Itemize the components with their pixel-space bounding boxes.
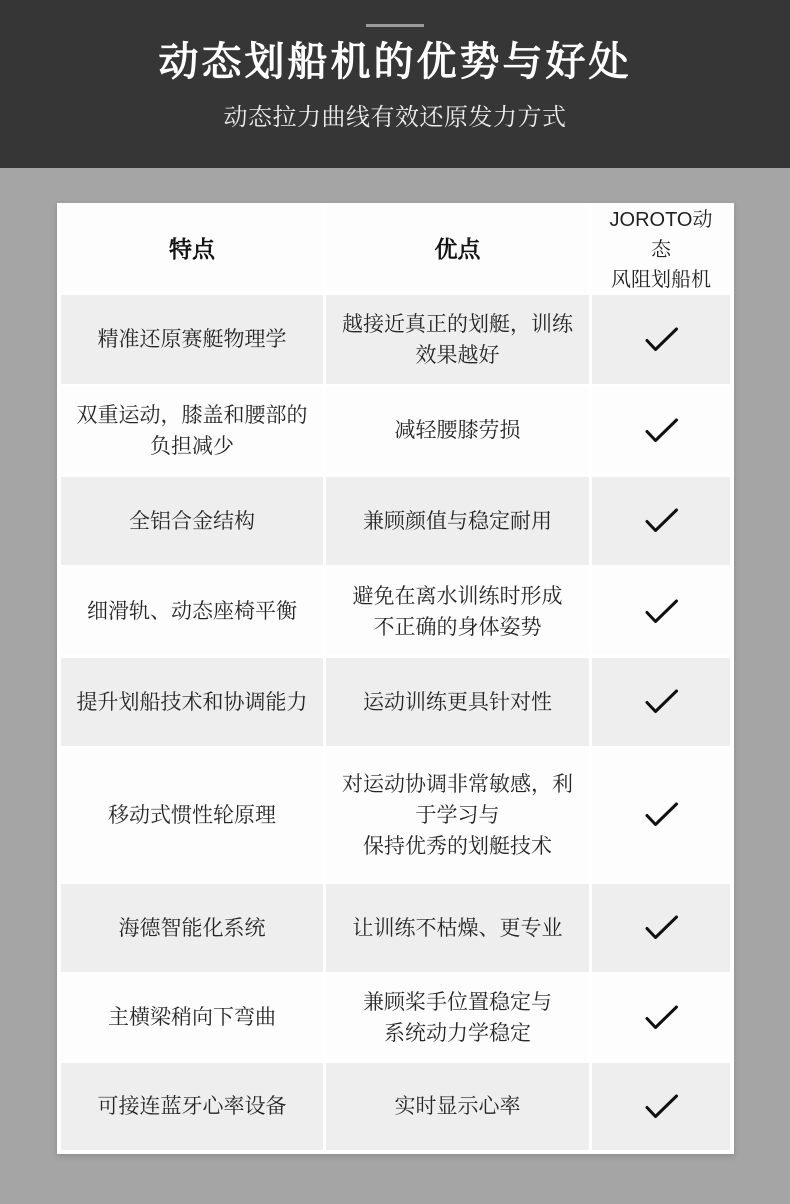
col-header-feature: 特点 (61, 207, 323, 292)
check-cell (592, 658, 730, 746)
check-cell (592, 477, 730, 565)
check-cell (592, 884, 730, 972)
advantage-cell: 兼顾颜值与稳定耐用 (326, 477, 589, 565)
page-subtitle: 动态拉力曲线有效还原发力方式 (224, 97, 567, 132)
feature-cell: 海德智能化系统 (61, 884, 323, 972)
advantage-cell: 避免在离水训练时形成 不正确的身体姿势 (326, 568, 589, 655)
col-header-product: JOROTO动态 风阻划船机 (592, 207, 730, 292)
feature-cell: 全铝合金结构 (61, 477, 323, 565)
check-cell (592, 568, 730, 655)
feature-cell: 细滑轨、动态座椅平衡 (61, 568, 323, 655)
feature-cell: 双重运动，膝盖和腰部的 负担减少 (61, 387, 323, 474)
check-cell (592, 975, 730, 1060)
check-icon (643, 914, 680, 942)
check-icon (643, 417, 680, 445)
decorative-dash (366, 24, 424, 27)
advantage-cell: 减轻腰膝劳损 (326, 387, 589, 474)
advantage-cell: 越接近真正的划艇，训练 效果越好 (326, 295, 589, 384)
check-cell (592, 749, 730, 881)
check-icon (643, 598, 680, 626)
check-cell (592, 295, 730, 384)
feature-cell: 精准还原赛艇物理学 (61, 295, 323, 384)
comparison-table: 特点 优点 JOROTO动态 风阻划船机 精准还原赛艇物理学 越接近真正的划艇，… (57, 203, 734, 1154)
advantage-cell: 兼顾桨手位置稳定与 系统动力学稳定 (326, 975, 589, 1060)
check-cell (592, 387, 730, 474)
check-icon (643, 801, 680, 829)
col-header-advantage: 优点 (326, 207, 589, 292)
page-title: 动态划船机的优势与好处 (159, 40, 632, 84)
page: 动态划船机的优势与好处 动态拉力曲线有效还原发力方式 特点 优点 JOROTO动… (0, 0, 790, 1204)
hero-header: 动态划船机的优势与好处 动态拉力曲线有效还原发力方式 (0, 0, 790, 168)
feature-cell: 主横梁稍向下弯曲 (61, 975, 323, 1060)
check-icon (643, 1004, 680, 1032)
feature-cell: 移动式惯性轮原理 (61, 749, 323, 881)
check-icon (643, 688, 680, 716)
advantage-cell: 对运动协调非常敏感，利 于学习与 保持优秀的划艇技术 (326, 749, 589, 881)
check-icon (643, 1093, 680, 1121)
advantage-cell: 实时显示心率 (326, 1063, 589, 1150)
feature-cell: 提升划船技术和协调能力 (61, 658, 323, 746)
feature-cell: 可接连蓝牙心率设备 (61, 1063, 323, 1150)
check-icon (643, 507, 680, 535)
advantage-cell: 让训练不枯燥、更专业 (326, 884, 589, 972)
check-icon (643, 326, 680, 354)
advantage-cell: 运动训练更具针对性 (326, 658, 589, 746)
check-cell (592, 1063, 730, 1150)
